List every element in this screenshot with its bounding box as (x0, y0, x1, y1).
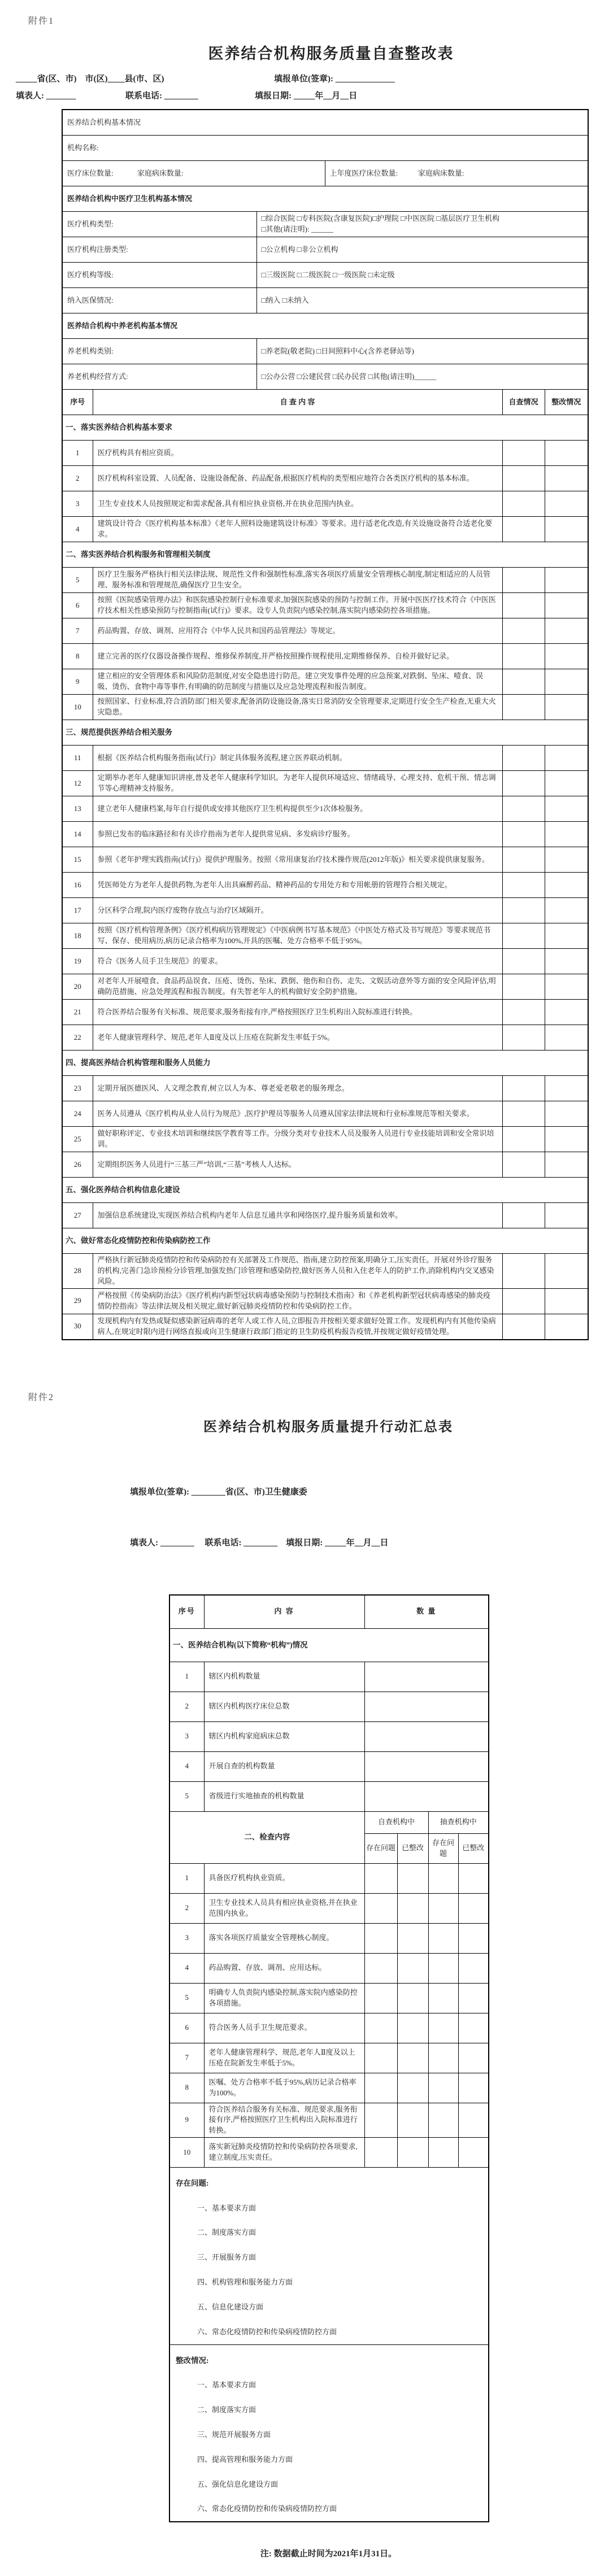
content-cell: 药品购置、存放、调剂、应用符合《中华人民共和国药品管理法》等规定。 (93, 618, 502, 644)
field-label-cell: 医疗机构类型: (62, 212, 256, 237)
item-row: 15参照《老年护理实践指南(试行)》提供护理服务。按照《常用康复治疗技术操作规范… (62, 847, 588, 873)
spot-problem-cell (428, 2043, 458, 2073)
rectify-block-title: 整改情况: (176, 2355, 482, 2366)
attachment2-table-body: 序号内 容数 量一、医养结合机构(以下简称“机构”)情况1辖区内机构数量2辖区内… (169, 1595, 489, 2522)
content-cell: 符合医养结合服务有关标准、规范要求,服务衔接有序,严格按照医疗卫生机构出入院标准… (93, 1000, 502, 1025)
self-check-cell (502, 695, 545, 720)
content-cell: 建立老年人健康档案,每年自行提供或安排其他医疗卫生机构提供至少1次体检服务。 (93, 796, 502, 822)
rectify-cell (545, 771, 588, 796)
seq-cell: 28 (62, 1254, 93, 1289)
seq-cell: 5 (62, 568, 93, 593)
count-row: 3辖区内机构家庭病床总数 (169, 1721, 489, 1751)
content-cell: 建立相应的安全管理体系和风险防范制度,对安全隐患进行防范。建立突发事件处理的应急… (93, 669, 502, 695)
item-row: 27加强信息系统建设,实现医养结合机构内老年人信息互通共享和网络医疗,提升服务质… (62, 1203, 588, 1228)
content-cell: 按照《医疗机构管理条例》《医疗机构病历管理规定》《中医病例书写基本规范》《中医处… (93, 923, 502, 949)
filler-blank: 填表人: _______ (16, 89, 125, 101)
spot-fixed-cell (458, 1893, 489, 1923)
region-blanks: _____省(区、市) 市(区)____县(市、区) (16, 72, 274, 84)
self-check-cell (502, 491, 545, 517)
block-item: 五、强化信息化建设方面 (197, 2479, 482, 2490)
content-cell: 医务人员遵从《医疗机构从业人员行为规范》,医疗护理员等服务人员遵从国家法律法规和… (93, 1101, 502, 1127)
check-content-cell: 明确专人负责院内感染控制,落实院内感染防控各项措施。 (204, 1983, 364, 2013)
reporting-unit-blank: 填报单位(签章): ______________ (274, 72, 395, 84)
item-row: 14参照已发布的临床路径和有关诊疗指南为老年人提供常见病、多发病诊疗服务。 (62, 822, 588, 847)
self-problem-cell (364, 2013, 397, 2043)
self-check-cell (502, 898, 545, 923)
seq-cell: 13 (62, 796, 93, 822)
check-row: 1具备医疗机构执业资质。 (169, 1863, 489, 1893)
content-cell: 开展自查的机构数量 (204, 1751, 364, 1781)
problems-block-cell: 存在问题:一、基本要求方面二、制度落实方面三、开展服务方面四、机构管理和服务能力… (169, 2168, 489, 2345)
content-cell: 符合《医务人员手卫生规范》的要求。 (93, 949, 502, 974)
problems-block-title: 存在问题: (176, 2178, 482, 2189)
rectify-row: 整改情况:一、基本要求方面二、制度落实方面三、规范开展服务方面四、提高管理和服务… (169, 2344, 489, 2522)
item-row: 9建立相应的安全管理体系和风险防范制度,对安全隐患进行防范。建立突发事件处理的应… (62, 669, 588, 695)
block-item: 一、基本要求方面 (197, 2380, 482, 2391)
field-row: 养老机构经营方式:□公办公营 □公建民营 □民办民营 □其他(请注明)_____… (62, 364, 588, 390)
seq-cell: 24 (62, 1101, 93, 1127)
checkbox-options-cell: □纳入 □未纳入 (256, 288, 588, 313)
seq-cell: 22 (62, 1025, 93, 1051)
info-cell: 机构名称: (62, 136, 588, 161)
spot-problem-cell (428, 2013, 458, 2043)
rectify-cell (545, 949, 588, 974)
info-section-row: 医养结合机构中养老机构基本情况 (62, 313, 588, 339)
field-row: 医疗机构类型:□综合医院 □专科医院(含康复医院)□护理院 □中医医院 □基层医… (62, 212, 588, 237)
check-row: 8医嘱、处方合格率不低于95%,病历记录合格率为100%。 (169, 2073, 489, 2103)
col-header-count: 数 量 (364, 1595, 489, 1629)
spot-problem-cell (428, 1983, 458, 2013)
self-check-cell (502, 771, 545, 796)
column-header-row: 序号自 查 内 容自查情况整改情况 (62, 390, 588, 415)
self-fixed-cell (397, 1923, 428, 1953)
field-row: 医疗机构等级:□三级医院 □二级医院 □一级医院 □未定级 (62, 263, 588, 288)
spot-problem-cell (428, 1953, 458, 1983)
self-check-cell (502, 949, 545, 974)
self-check-cell (502, 618, 545, 644)
self-check-cell (502, 568, 545, 593)
self-problem-cell (364, 2043, 397, 2073)
self-fixed-cell (397, 2103, 428, 2138)
checkbox-options-cell: □养老院(敬老院) □日间照料中心(含养老驿站等) (256, 339, 588, 364)
checkbox-options-cell: □公立机构 □非公立机构 (256, 237, 588, 263)
rectify-cell (545, 644, 588, 669)
item-row: 18按照《医疗机构管理条例》《医疗机构病历管理规定》《中医病例书写基本规范》《中… (62, 923, 588, 949)
seq-cell: 1 (169, 1662, 204, 1692)
quantity-cell (364, 1781, 489, 1811)
seq-cell: 9 (62, 669, 93, 695)
item-row: 24医务人员遵从《医疗机构从业人员行为规范》,医疗护理员等服务人员遵从国家法律法… (62, 1101, 588, 1127)
rectify-cell (545, 1025, 588, 1051)
self-check-cell (502, 1288, 545, 1314)
section-row: 五、强化医养结合机构信息化建设 (62, 1178, 588, 1203)
seq-cell: 2 (169, 1893, 204, 1923)
rectify-block-cell: 整改情况:一、基本要求方面二、制度落实方面三、规范开展服务方面四、提高管理和服务… (169, 2344, 489, 2522)
self-check-cell (502, 796, 545, 822)
check-content-cell: 卫生专业技术人员具有相应执业资格,并在执业范围内执业。 (204, 1893, 364, 1923)
content-cell: 严格执行新冠肺炎疫情防控和传染病防控有关部署及工作规范、指南,建立防控预案,明确… (93, 1254, 502, 1289)
column-header-row: 序号内 容数 量 (169, 1595, 489, 1629)
item-row: 1医疗机构具有相应资质。 (62, 441, 588, 466)
info-cell: 医养结合机构基本情况 (62, 110, 588, 136)
attachment1-table-body: 医养结合机构基本情况机构名称:医疗床位数量: 家庭病床数量:上年度医疗床位数量:… (62, 110, 588, 1340)
seq-cell: 10 (169, 2138, 204, 2168)
field-label-cell: 纳入医保情况: (62, 288, 256, 313)
check-row: 4药品购置、存放、调剂、应用达标。 (169, 1953, 489, 1983)
quantity-cell (364, 1721, 489, 1751)
section-row: 三、规范提供医养结合相关服务 (62, 720, 588, 746)
check-content-cell: 符合医务人员手卫生规范要求。 (204, 2013, 364, 2043)
quantity-cell (364, 1692, 489, 1721)
rectify-cell (545, 746, 588, 771)
rectify-cell (545, 873, 588, 898)
item-row: 12定期举办老年人健康知识讲座,普及老年人健康科学知识。为老年人提供环境适应、情… (62, 771, 588, 796)
col-header-seq: 序号 (169, 1595, 204, 1629)
check-content-cell: 老年人健康管理科学、规范,老年人Ⅱ度及以上压疮在院新发生率低于5%。 (204, 2043, 364, 2073)
seq-cell: 12 (62, 771, 93, 796)
item-row: 23定期开展医德医风、人文理念教育,树立以人为本、尊老爱老敬老的服务理念。 (62, 1076, 588, 1101)
count-row: 4开展自查的机构数量 (169, 1751, 489, 1781)
self-problem-cell (364, 1923, 397, 1953)
self-problem-cell (364, 2103, 397, 2138)
spot-fixed-cell (458, 2073, 489, 2103)
self-fixed-cell (397, 2043, 428, 2073)
block-item: 四、提高管理和服务能力方面 (197, 2455, 482, 2465)
seq-cell: 21 (62, 1000, 93, 1025)
content-cell: 凭医师处方为老年人提供药物,为老年人出具麻醉药品、精神药品的专用处方和专用帐册的… (93, 873, 502, 898)
self-check-cell (502, 822, 545, 847)
attachment2-form-lines: 填报单位(签章): ________省(区、市)卫生健康委 填表人: _____… (130, 1450, 600, 1585)
rectify-cell (545, 1000, 588, 1025)
self-problem-cell (364, 1863, 397, 1893)
field-row: 纳入医保情况:□纳入 □未纳入 (62, 288, 588, 313)
item-row: 4建筑设计符合《医疗机构基本标准》《老年人照料设施建筑设计标准》等要求。进行适老… (62, 517, 588, 542)
content-cell: 省级进行实地抽查的机构数量 (204, 1781, 364, 1811)
seq-cell: 26 (62, 1152, 93, 1178)
col-header-content: 内 容 (204, 1595, 364, 1629)
seq-cell: 3 (62, 491, 93, 517)
block-item: 三、开展服务方面 (197, 2252, 482, 2263)
sub-self-problem-cell: 存在问题 (364, 1833, 397, 1863)
spot-fixed-cell (458, 2138, 489, 2168)
check-section-label-cell: 二、检查内容 (169, 1811, 364, 1863)
attachment1-table: 医养结合机构基本情况机构名称:医疗床位数量: 家庭病床数量:上年度医疗床位数量:… (62, 109, 589, 1340)
checkbox-options-cell: □综合医院 □专科医院(含康复医院)□护理院 □中医医院 □基层医疗卫生机构 □… (256, 212, 588, 237)
item-row: 11根据《医养结合机构服务指南(试行)》制定具体服务流程,建立医养联动机制。 (62, 746, 588, 771)
seq-cell: 5 (169, 1983, 204, 2013)
self-check-cell (502, 669, 545, 695)
item-row: 13建立老年人健康档案,每年自行提供或安排其他医疗卫生机构提供至少1次体检服务。 (62, 796, 588, 822)
info-section-cell: 医养结合机构中养老机构基本情况 (62, 313, 588, 339)
seq-cell: 8 (169, 2073, 204, 2103)
section-header-cell: 一、落实医养结合机构基本要求 (62, 415, 588, 441)
seq-cell: 4 (169, 1953, 204, 1983)
attachment2-reporting-unit: 填报单位(签章): ________省(区、市)卫生健康委 (130, 1484, 600, 1501)
self-check-cell (502, 923, 545, 949)
self-check-cell (502, 746, 545, 771)
item-row: 21符合医养结合服务有关标准、规范要求,服务衔接有序,严格按照医疗卫生机构出入院… (62, 1000, 588, 1025)
self-fixed-cell (397, 1893, 428, 1923)
item-row: 2医疗机构科室设置、人员配备、设施设备配备、药品配备,根据医疗机构的类型相应地符… (62, 466, 588, 491)
check-row: 9符合医养结合服务有关标准、规范要求,服务衔接有序,严格按照医疗卫生机构出入院标… (169, 2103, 489, 2138)
sub-self-fixed-cell: 已整改 (397, 1833, 428, 1863)
content-cell: 参照已发布的临床路径和有关诊疗指南为老年人提供常见病、多发病诊疗服务。 (93, 822, 502, 847)
count-row: 2辖区内机构医疗床位总数 (169, 1692, 489, 1721)
seq-cell: 29 (62, 1288, 93, 1314)
content-cell: 卫生专业技术人员按照规定和需求配备,具有相应执业资格,并在执业范围内执业。 (93, 491, 502, 517)
spot-fixed-cell (458, 1923, 489, 1953)
content-cell: 严格按照《传染病防治法》《医疗机构内新型冠状病毒感染预防与控制技术指南》和《养老… (93, 1288, 502, 1314)
field-label-cell: 养老机构类别: (62, 339, 256, 364)
rectify-cell (545, 1101, 588, 1127)
quantity-cell (364, 1662, 489, 1692)
section-header-cell: 五、强化医养结合机构信息化建设 (62, 1178, 588, 1203)
self-check-cell (502, 1152, 545, 1178)
seq-cell: 25 (62, 1127, 93, 1152)
spot-fixed-cell (458, 2013, 489, 2043)
block-item: 六、常态化疫情防控和传染病疫情防控方面 (197, 2504, 482, 2514)
seq-cell: 18 (62, 923, 93, 949)
seq-cell: 1 (62, 441, 93, 466)
check-row: 6符合医务人员手卫生规范要求。 (169, 2013, 489, 2043)
content-cell: 发现机构内有发热或疑似感染新冠病毒的老年人或工作人员,立即报告并按相关要求做好处… (93, 1314, 502, 1340)
rectify-cell (545, 491, 588, 517)
content-cell: 参照《老年护理实践指南(试行)》提供护理服务。按照《常用康复治疗技术操作规范(2… (93, 847, 502, 873)
content-cell: 定期组织医务人员进行“三基三严”培训,“三基”考核人人达标。 (93, 1152, 502, 1178)
content-cell: 加强信息系统建设,实现医养结合机构内老年人信息互通共享和网络医疗,提升服务质量和… (93, 1203, 502, 1228)
check-row: 10落实新冠肺炎疫情防控和传染病防控各项要求,建立制度,压实责任。 (169, 2138, 489, 2168)
attachment1-label: 附件1 (28, 14, 600, 27)
seq-cell: 30 (62, 1314, 93, 1340)
document-page: 附件1 医养结合机构服务质量自查整改表 _____省(区、市) 市(区)____… (0, 14, 600, 2559)
info-row: 机构名称: (62, 136, 588, 161)
seq-cell: 2 (169, 1692, 204, 1721)
item-row: 22老年人健康管理科学、规范,老年人Ⅱ度及以上压疮在院新发生率低于5%。 (62, 1025, 588, 1051)
item-row: 29严格按照《传染病防治法》《医疗机构内新型冠状病毒感染预防与控制技术指南》和《… (62, 1288, 588, 1314)
self-problem-cell (364, 1953, 397, 1983)
check-content-cell: 药品购置、存放、调剂、应用达标。 (204, 1953, 364, 1983)
item-row: 6按照《医院感染管理办法》和医院感染控制行业标准要求,加强医院感染的预防与控制工… (62, 593, 588, 618)
check-content-cell: 符合医养结合服务有关标准、规范要求,服务衔接有序,严格按照医疗卫生机构出入院标准… (204, 2103, 364, 2138)
group-spot-check-cell: 抽查机构中 (428, 1811, 489, 1833)
info-row: 医养结合机构基本情况 (62, 110, 588, 136)
spot-problem-cell (428, 1893, 458, 1923)
content-cell: 辖区内机构家庭病床总数 (204, 1721, 364, 1751)
item-row: 20对老年人开展噎食、食品药品误食、压疮、烫伤、坠床、跌倒、他伤和自伤、走失、文… (62, 974, 588, 1000)
seq-cell: 10 (62, 695, 93, 720)
self-check-cell (502, 593, 545, 618)
rectify-cell (545, 1314, 588, 1340)
content-cell: 做好职称评定、专业技术培训和继续医学教育等工作。分级分类对专业技术人员及服务人员… (93, 1127, 502, 1152)
item-row: 8建立完善的医疗仪器设备操作规程、维修保养制度,并严格按照操作规程使用,定期维修… (62, 644, 588, 669)
self-check-cell (502, 1076, 545, 1101)
spot-problem-cell (428, 2138, 458, 2168)
self-fixed-cell (397, 1983, 428, 2013)
content-cell: 医疗机构科室设置、人员配备、设施设备配备、药品配备,根据医疗机构的类型相应地符合… (93, 466, 502, 491)
field-label-cell: 医疗机构等级: (62, 263, 256, 288)
rectify-cell (545, 796, 588, 822)
section-row: 一、医养结合机构(以下简称“机构”)情况 (169, 1628, 489, 1662)
seq-cell: 3 (169, 1923, 204, 1953)
content-cell: 对老年人开展噎食、食品药品误食、压疮、烫伤、坠床、跌倒、他伤和自伤、走失、文娱活… (93, 974, 502, 1000)
section-header-cell: 六、做好常态化疫情防控和传染病防控工作 (62, 1228, 588, 1254)
field-label-cell: 医疗机构注册类型: (62, 237, 256, 263)
beds-row: 医疗床位数量: 家庭病床数量:上年度医疗床位数量: 家庭病床数量: (62, 161, 588, 186)
content-cell: 医疗机构具有相应资质。 (93, 441, 502, 466)
rectify-cell (545, 1203, 588, 1228)
check-row: 5明确专人负责院内感染控制,落实院内感染防控各项措施。 (169, 1983, 489, 2013)
seq-cell: 19 (62, 949, 93, 974)
block-item: 三、规范开展服务方面 (197, 2430, 482, 2440)
rectify-cell (545, 974, 588, 1000)
date-blank: 填报日期: _____年__月__日 (255, 89, 357, 101)
rectify-cell (545, 1127, 588, 1152)
section-header-cell: 一、医养结合机构(以下简称“机构”)情况 (169, 1628, 489, 1662)
self-problem-cell (364, 2138, 397, 2168)
self-check-cell (502, 1127, 545, 1152)
self-fixed-cell (397, 1953, 428, 1983)
rectify-cell (545, 441, 588, 466)
seq-cell: 14 (62, 822, 93, 847)
block-item: 二、制度落实方面 (197, 2405, 482, 2416)
seq-cell: 20 (62, 974, 93, 1000)
spot-problem-cell (428, 2073, 458, 2103)
spot-fixed-cell (458, 2103, 489, 2138)
check-content-cell: 具备医疗机构执业资质。 (204, 1863, 364, 1893)
spot-problem-cell (428, 2103, 458, 2138)
self-problem-cell (364, 2073, 397, 2103)
check-row: 2卫生专业技术人员具有相应执业资格,并在执业范围内执业。 (169, 1893, 489, 1923)
item-row: 10按照国家、行业标准,符合消防部门相关要求,配备消防设施设备,落实日常消防安全… (62, 695, 588, 720)
seq-cell: 15 (62, 847, 93, 873)
self-problem-cell (364, 1983, 397, 2013)
seq-cell: 7 (62, 618, 93, 644)
item-row: 30发现机构内有发热或疑似感染新冠病毒的老年人或工作人员,立即报告并按相关要求做… (62, 1314, 588, 1340)
seq-cell: 6 (62, 593, 93, 618)
content-cell: 辖区内机构医疗床位总数 (204, 1692, 364, 1721)
content-cell: 分区科学合理,院内医疗废物存放点与治疗区域隔开。 (93, 898, 502, 923)
check-content-cell: 落实新冠肺炎疫情防控和传染病防控各项要求,建立制度,压实责任。 (204, 2138, 364, 2168)
seq-cell: 5 (169, 1781, 204, 1811)
spot-fixed-cell (458, 1983, 489, 2013)
self-check-cell (502, 1254, 545, 1289)
block-item: 五、信息化建设方面 (197, 2302, 482, 2313)
item-row: 16凭医师处方为老年人提供药物,为老年人出具麻醉药品、精神药品的专用处方和专用帐… (62, 873, 588, 898)
col-header-rectify: 整改情况 (545, 390, 588, 415)
rectify-cell (545, 1152, 588, 1178)
rectify-cell (545, 695, 588, 720)
self-check-cell (502, 1000, 545, 1025)
info-section-row: 医养结合机构中医疗卫生机构基本情况 (62, 186, 588, 212)
attachment1-title: 医养结合机构服务质量自查整改表 (0, 41, 600, 63)
self-check-cell (502, 466, 545, 491)
seq-cell: 9 (169, 2103, 204, 2138)
content-cell: 定期举办老年人健康知识讲座,普及老年人健康科学知识。为老年人提供环境适应、情绪疏… (93, 771, 502, 796)
seq-cell: 1 (169, 1863, 204, 1893)
spot-fixed-cell (458, 1953, 489, 1983)
spot-problem-cell (428, 1923, 458, 1953)
info-section-cell: 医养结合机构中医疗卫生机构基本情况 (62, 186, 588, 212)
block-item: 四、机构管理和服务能力方面 (197, 2277, 482, 2288)
rectify-cell (545, 847, 588, 873)
seq-cell: 27 (62, 1203, 93, 1228)
self-check-cell (502, 1025, 545, 1051)
seq-cell: 3 (169, 1721, 204, 1751)
beds-previous-cell: 上年度医疗床位数量: 家庭病床数量: (325, 161, 588, 186)
block-item: 一、基本要求方面 (197, 2203, 482, 2214)
sub-spot-problem-cell: 存在问题 (428, 1833, 458, 1863)
checkbox-options-cell: □公办公营 □公建民营 □民办民营 □其他(请注明)______ (256, 364, 588, 390)
item-row: 5医疗卫生服务严格执行相关法律法规、规范性文件和强制性标准,落实各项医疗质量安全… (62, 568, 588, 593)
seq-cell: 4 (169, 1751, 204, 1781)
item-row: 19符合《医务人员手卫生规范》的要求。 (62, 949, 588, 974)
rectify-cell (545, 466, 588, 491)
rectify-cell (545, 1288, 588, 1314)
spot-fixed-cell (458, 1863, 489, 1893)
content-cell: 建立完善的医疗仪器设备操作规程、维修保养制度,并严格按照操作规程使用,定期维修保… (93, 644, 502, 669)
attachment2-title: 医养结合机构服务质量提升行动汇总表 (0, 1415, 600, 1435)
self-check-cell (502, 644, 545, 669)
rectify-cell (545, 593, 588, 618)
field-row: 养老机构类别:□养老院(敬老院) □日间照料中心(含养老驿站等) (62, 339, 588, 364)
check-content-cell: 医嘱、处方合格率不低于95%,病历记录合格率为100%。 (204, 2073, 364, 2103)
item-row: 25做好职称评定、专业技术培训和继续医学教育等工作。分级分类对专业技术人员及服务… (62, 1127, 588, 1152)
block-item: 六、常态化疫情防控和传染病疫情防控方面 (197, 2327, 482, 2338)
attachment1-form-line2: 填表人: _______联系电话: ________填报日期: _____年__… (16, 89, 600, 101)
section-header-cell: 四、提高医养结合机构管理和服务人员能力 (62, 1051, 588, 1076)
seq-cell: 8 (62, 644, 93, 669)
self-fixed-cell (397, 2073, 428, 2103)
section-row: 四、提高医养结合机构管理和服务人员能力 (62, 1051, 588, 1076)
content-cell: 医疗卫生服务严格执行相关法律法规、规范性文件和强制性标准,落实各项医疗质量安全管… (93, 568, 502, 593)
section-header-cell: 二、落实医养结合机构服务和管理相关制度 (62, 542, 588, 568)
check-group-header-row: 二、检查内容自查机构中抽查机构中 (169, 1811, 489, 1833)
self-check-cell (502, 517, 545, 542)
phone-blank: 联系电话: ________ (125, 89, 255, 101)
content-cell: 建筑设计符合《医疗机构基本标准》《老年人照料设施建筑设计标准》等要求。进行适老化… (93, 517, 502, 542)
attachment2-label: 附件2 (28, 1390, 600, 1403)
count-row: 5省级进行实地抽查的机构数量 (169, 1781, 489, 1811)
section-row: 二、落实医养结合机构服务和管理相关制度 (62, 542, 588, 568)
spot-problem-cell (428, 1863, 458, 1893)
self-fixed-cell (397, 2138, 428, 2168)
item-row: 28严格执行新冠肺炎疫情防控和传染病防控有关部署及工作规范、指南,建立防控预案,… (62, 1254, 588, 1289)
content-cell: 老年人健康管理科学、规范,老年人Ⅱ度及以上压疮在院新发生率低于5%。 (93, 1025, 502, 1051)
seq-cell: 2 (62, 466, 93, 491)
col-header-seq: 序号 (62, 390, 93, 415)
content-cell: 辖区内机构数量 (204, 1662, 364, 1692)
attachment2-filler-phone-date: 填表人: ________ 联系电话: ________ 填报日期: _____… (130, 1535, 600, 1551)
attachment1-form-line1: _____省(区、市) 市(区)____县(市、区)填报单位(签章): ____… (16, 72, 600, 84)
item-row: 26定期组织医务人员进行“三基三严”培训,“三基”考核人人达标。 (62, 1152, 588, 1178)
content-cell: 按照国家、行业标准,符合消防部门相关要求,配备消防设施设备,落实日常消防安全管理… (93, 695, 502, 720)
self-check-cell (502, 873, 545, 898)
col-header-content: 自 查 内 容 (93, 390, 502, 415)
check-content-cell: 落实各项医疗质量安全管理核心制度。 (204, 1923, 364, 1953)
rectify-cell (545, 1076, 588, 1101)
content-cell: 根据《医养结合机构服务指南(试行)》制定具体服务流程,建立医养联动机制。 (93, 746, 502, 771)
quantity-cell (364, 1751, 489, 1781)
self-check-cell (502, 1101, 545, 1127)
self-check-cell (502, 974, 545, 1000)
self-check-cell (502, 1314, 545, 1340)
seq-cell: 4 (62, 517, 93, 542)
count-row: 1辖区内机构数量 (169, 1662, 489, 1692)
self-check-cell (502, 1203, 545, 1228)
seq-cell: 7 (169, 2043, 204, 2073)
seq-cell: 17 (62, 898, 93, 923)
section-header-cell: 三、规范提供医养结合相关服务 (62, 720, 588, 746)
